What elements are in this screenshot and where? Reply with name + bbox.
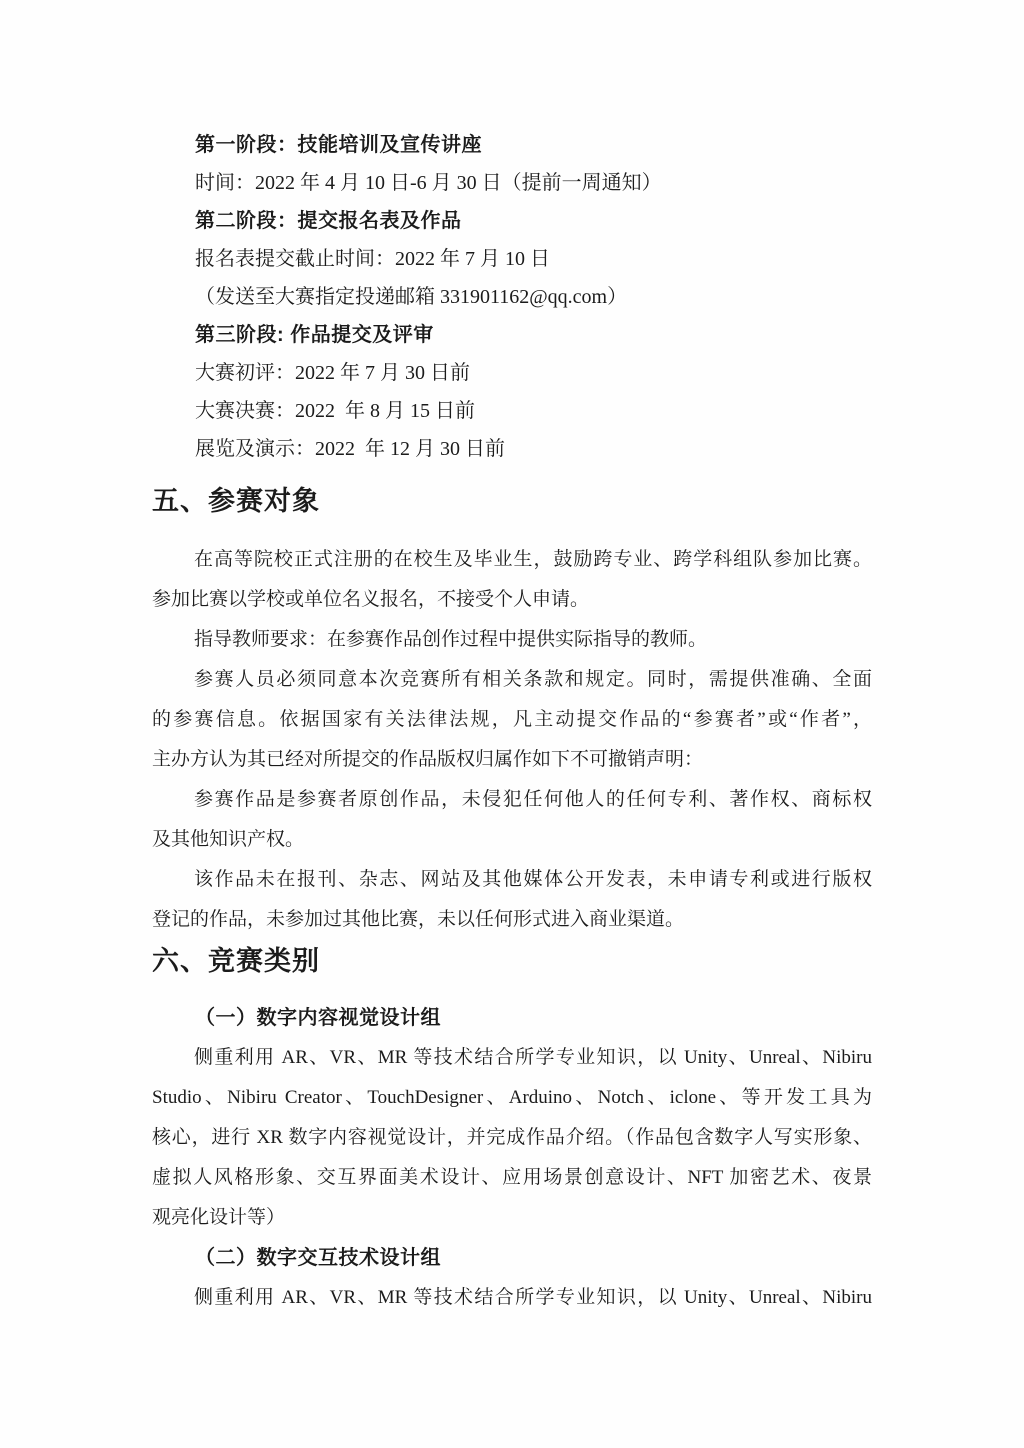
paragraph-line: 参赛作品是参赛者原创作品，未侵犯任何他人的任何专利、著作权、商标权 (152, 780, 872, 820)
paragraph-line: 主办方认为其已经对所提交的作品版权归属作如下不可撤销声明： (152, 740, 872, 780)
paragraph-line: 参赛人员必须同意本次竞赛所有相关条款和规定。同时，需提供准确、全面 (152, 660, 872, 700)
section5-body: 在高等院校正式注册的在校生及毕业生，鼓励跨专业、跨学科组队参加比赛。 参加比赛以… (152, 540, 872, 940)
stage3-preliminary: 大赛初评：2022 年 7 月 30 日前 (152, 354, 872, 392)
paragraph-line: 的参赛信息。依据国家有关法律法规，凡主动提交作品的“参赛者”或“作者”， (152, 700, 872, 740)
stage2-heading: 第二阶段：提交报名表及作品 (152, 202, 872, 240)
stage3-final: 大赛决赛：2022 年 8 月 15 日前 (152, 392, 872, 430)
group1-body: 侧重利用 AR、VR、MR 等技术结合所学专业知识，以 Unity、Unreal… (152, 1038, 872, 1238)
paragraph-line: 核心，进行 XR 数字内容视觉设计，并完成作品介绍。（作品包含数字人写实形象、 (152, 1118, 872, 1158)
group2-body: 侧重利用 AR、VR、MR 等技术结合所学专业知识，以 Unity、Unreal… (152, 1278, 872, 1318)
group1-title: （一）数字内容视觉设计组 (152, 998, 872, 1038)
paragraph-line: 侧重利用 AR、VR、MR 等技术结合所学专业知识，以 Unity、Unreal… (152, 1278, 872, 1318)
stage1-heading: 第一阶段：技能培训及宣传讲座 (152, 126, 872, 164)
stage2-deadline: 报名表提交截止时间：2022 年 7 月 10 日 (152, 240, 872, 278)
paragraph-line: 该作品未在报刊、杂志、网站及其他媒体公开发表，未申请专利或进行版权 (152, 860, 872, 900)
paragraph-line: 侧重利用 AR、VR、MR 等技术结合所学专业知识，以 Unity、Unreal… (152, 1038, 872, 1078)
paragraph-line: 在高等院校正式注册的在校生及毕业生，鼓励跨专业、跨学科组队参加比赛。 (152, 540, 872, 580)
paragraph-line: 登记的作品，未参加过其他比赛，未以任何形式进入商业渠道。 (152, 900, 872, 940)
schedule-section: 第一阶段：技能培训及宣传讲座 时间：2022 年 4 月 10 日-6 月 30… (152, 126, 872, 468)
stage1-time: 时间：2022 年 4 月 10 日-6 月 30 日（提前一周通知） (152, 164, 872, 202)
document-page: 第一阶段：技能培训及宣传讲座 时间：2022 年 4 月 10 日-6 月 30… (0, 0, 1024, 1448)
section6-heading: 六、竞赛类别 (152, 942, 872, 980)
stage3-exhibition: 展览及演示：2022 年 12 月 30 日前 (152, 430, 872, 468)
stage3-heading: 第三阶段: 作品提交及评审 (152, 316, 872, 354)
section5-heading: 五、参赛对象 (152, 482, 872, 520)
paragraph-line: 虚拟人风格形象、交互界面美术设计、应用场景创意设计、NFT 加密艺术、夜景 (152, 1158, 872, 1198)
paragraph-line: 参加比赛以学校或单位名义报名，不接受个人申请。 (152, 580, 872, 620)
paragraph-line: 观亮化设计等） (152, 1198, 872, 1238)
paragraph-line: 及其他知识产权。 (152, 820, 872, 860)
paragraph-line: 指导教师要求：在参赛作品创作过程中提供实际指导的教师。 (152, 620, 872, 660)
paragraph-line: Studio、Nibiru Creator、TouchDesigner、Ardu… (152, 1078, 872, 1118)
stage2-email-note: （发送至大赛指定投递邮箱 331901162@qq.com） (152, 278, 872, 316)
group2-title: （二）数字交互技术设计组 (152, 1238, 872, 1278)
